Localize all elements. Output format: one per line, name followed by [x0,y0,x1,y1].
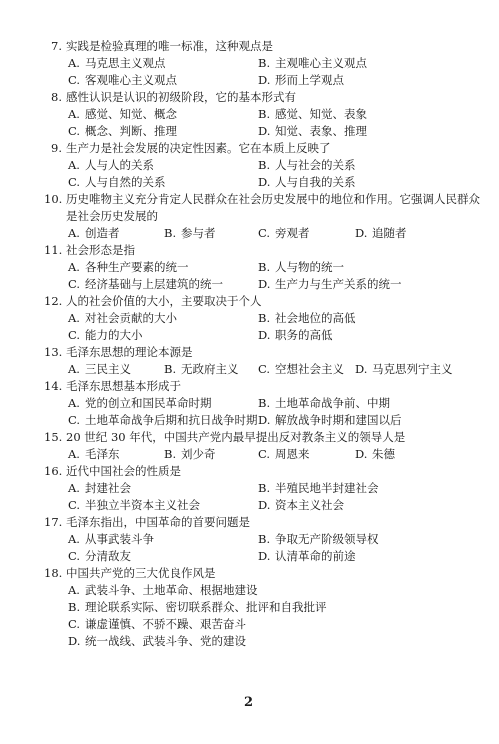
option-d[interactable]: D.生产力与生产关系的统一 [258,276,402,293]
option-letter: B. [258,310,275,327]
question-text: 实践是检验真理的唯一标准，这种观点是 [66,38,273,55]
option-d[interactable]: D.形而上学观点 [258,72,344,89]
option-d[interactable]: D.职务的高低 [258,327,333,344]
option-text: 形而上学观点 [275,73,344,87]
option-d[interactable]: D.资本主义社会 [258,497,344,514]
option-text: 半独立半资本主义社会 [85,498,200,512]
option-c[interactable]: C.概念、判断、推理 [68,123,177,140]
option-text: 人与物的统一 [275,260,344,274]
option-letter: D. [355,225,372,242]
option-letter: B. [164,225,181,242]
option-text: 人与自我的关系 [275,175,356,189]
question-text: 近代中国社会的性质是 [66,463,181,480]
option-letter: A. [68,395,85,412]
option-letter: D. [258,276,275,293]
option-text: 经济基础与上层建筑的统一 [85,277,223,291]
option-letter: D. [355,361,372,378]
option-text: 能力的大小 [85,328,143,342]
option-letter: C. [68,174,85,191]
option-letter: B. [258,106,275,123]
option-b[interactable]: B.无政府主义 [164,361,239,378]
option-text: 主观唯心主义观点 [275,56,367,70]
option-text: 认清革命的前途 [275,549,356,563]
option-letter: B. [164,361,181,378]
option-letter: C. [68,72,85,89]
option-letter: B. [258,395,275,412]
option-text: 生产力与生产关系的统一 [275,277,402,291]
option-d[interactable]: D.马克思列宁主义 [355,361,453,378]
option-letter: A. [68,582,85,599]
option-text: 空想社会主义 [275,362,344,376]
option-text: 刘少奇 [181,447,216,461]
option-text: 概念、判断、推理 [85,124,177,138]
option-letter: C. [68,327,85,344]
option-text: 党的创立和国民革命时期 [85,396,212,410]
option-text: 争取无产阶级领导权 [275,532,379,546]
question-text: 中国共产党的三大优良作风是 [66,565,216,582]
option-letter: C. [68,616,85,633]
option-letter: B. [258,531,275,548]
question-text: 是社会历史发展的 [66,208,158,225]
option-text: 马克思列宁主义 [372,362,453,376]
question-number: 10. [44,191,62,208]
question-text: 人的社会价值的大小，主要取决于个人 [66,293,262,310]
option-letter: A. [68,225,85,242]
option-c[interactable]: C.谦虚谨慎、不骄不躁、艰苦奋斗 [68,616,246,633]
option-letter: D. [355,446,372,463]
option-b[interactable]: B.感觉、知觉、表象 [258,106,367,123]
option-c[interactable]: C.旁观者 [258,225,310,242]
option-letter: B. [258,55,275,72]
question-text: 感性认识是认识的初级阶段，它的基本形式有 [66,89,296,106]
option-a[interactable]: A.马克思主义观点 [68,55,166,72]
option-c[interactable]: C.能力的大小 [68,327,143,344]
option-letter: A. [68,361,85,378]
option-text: 周恩来 [275,447,310,461]
option-c[interactable]: C.客观唯心主义观点 [68,72,177,89]
option-letter: D. [258,72,275,89]
option-b[interactable]: B.主观唯心主义观点 [258,55,367,72]
option-a[interactable]: A.创造者 [68,225,120,242]
option-letter: B. [258,480,275,497]
option-a[interactable]: A.党的创立和国民革命时期 [68,395,212,412]
question-text: 20 世纪 30 年代，中国共产党内最早提出反对教条主义的领导人是 [66,429,405,446]
option-letter: D. [258,327,275,344]
option-d[interactable]: D.认清革命的前途 [258,548,356,565]
option-letter: D. [258,548,275,565]
option-text: 三民主义 [85,362,131,376]
option-text: 谦虚谨慎、不骄不躁、艰苦奋斗 [85,617,246,631]
option-text: 感觉、知觉、表象 [275,107,367,121]
option-text: 人与自然的关系 [85,175,166,189]
option-text: 人与人的关系 [85,158,154,172]
option-text: 感觉、知觉、概念 [85,107,177,121]
option-text: 对社会贡献的大小 [85,311,177,325]
option-a[interactable]: A.三民主义 [68,361,131,378]
option-b[interactable]: B.理论联系实际、密切联系群众、批评和自我批评 [68,599,327,616]
option-d[interactable]: D.知觉、表象、推理 [258,123,367,140]
question-text: 社会形态是指 [66,242,135,259]
option-d[interactable]: D.解放战争时期和建国以后 [258,412,402,429]
option-letter: C. [258,446,275,463]
question-text: 毛泽东思想的理论本源是 [66,344,193,361]
option-text: 马克思主义观点 [85,56,166,70]
option-c[interactable]: C.分清敌友 [68,548,131,565]
option-text: 知觉、表象、推理 [275,124,367,138]
option-text: 人与社会的关系 [275,158,356,172]
option-text: 半殖民地半封建社会 [275,481,379,495]
option-text: 各种生产要素的统一 [85,260,189,274]
option-a[interactable]: A.武装斗争、土地革命、根据地建设 [68,582,258,599]
option-letter: B. [258,259,275,276]
question-number: 7. [44,38,62,55]
option-letter: A. [68,310,85,327]
option-a[interactable]: A.各种生产要素的统一 [68,259,189,276]
option-b[interactable]: B.人与社会的关系 [258,157,356,174]
option-b[interactable]: B.参与者 [164,225,216,242]
option-c[interactable]: C.周恩来 [258,446,310,463]
option-text: 分清敌友 [85,549,131,563]
option-a[interactable]: A.人与人的关系 [68,157,154,174]
question-number: 12. [44,293,62,310]
option-text: 参与者 [181,226,216,240]
option-text: 朱德 [372,447,395,461]
option-text: 统一战线、武装斗争、党的建设 [85,634,246,648]
question-number: 9. [44,140,62,157]
option-a[interactable]: A.封建社会 [68,480,131,497]
question-number: 16. [44,463,62,480]
option-text: 武装斗争、土地革命、根据地建设 [85,583,258,597]
option-b[interactable]: B.争取无产阶级领导权 [258,531,379,548]
option-letter: C. [68,497,85,514]
option-a[interactable]: A.感觉、知觉、概念 [68,106,177,123]
option-letter: C. [68,548,85,565]
option-a[interactable]: A.对社会贡献的大小 [68,310,177,327]
question-text: 毛泽东思想基本形成于 [66,378,181,395]
option-text: 资本主义社会 [275,498,344,512]
option-letter: C. [258,225,275,242]
option-text: 从事武装斗争 [85,532,154,546]
option-c[interactable]: C.半独立半资本主义社会 [68,497,200,514]
option-c[interactable]: C.经济基础与上层建筑的统一 [68,276,223,293]
question-text: 毛泽东指出，中国革命的首要问题是 [66,514,250,531]
option-d[interactable]: D.统一战线、武装斗争、党的建设 [68,633,246,650]
option-text: 解放战争时期和建国以后 [275,413,402,427]
option-letter: B. [258,157,275,174]
option-b[interactable]: B.土地革命战争前、中期 [258,395,390,412]
question-number: 13. [44,344,62,361]
option-letter: C. [68,123,85,140]
option-text: 职务的高低 [275,328,333,342]
option-c[interactable]: C.人与自然的关系 [68,174,166,191]
option-letter: A. [68,55,85,72]
question-number: 18. [44,565,62,582]
option-text: 无政府主义 [181,362,239,376]
option-text: 理论联系实际、密切联系群众、批评和自我批评 [85,600,327,614]
question-text: 历史唯物主义充分肯定人民群众在社会历史发展中的地位和作用。它强调人民群众 [66,191,480,208]
option-text: 土地革命战争前、中期 [275,396,390,410]
option-text: 客观唯心主义观点 [85,73,177,87]
option-letter: D. [258,497,275,514]
option-a[interactable]: A.毛泽东 [68,446,120,463]
option-letter: D. [258,123,275,140]
option-c[interactable]: C.空想社会主义 [258,361,344,378]
question-number: 17. [44,514,62,531]
option-letter: D. [68,633,85,650]
option-letter: D. [258,174,275,191]
option-letter: A. [68,480,85,497]
option-b[interactable]: B.社会地位的高低 [258,310,356,327]
option-text: 追随者 [372,226,407,240]
option-letter: C. [68,412,85,429]
option-a[interactable]: A.从事武装斗争 [68,531,154,548]
question-number: 11. [44,242,62,259]
option-b[interactable]: B.半殖民地半封建社会 [258,480,379,497]
option-d[interactable]: D.人与自我的关系 [258,174,356,191]
option-letter: A. [68,446,85,463]
page-number: 2 [244,695,253,710]
option-text: 土地革命战争后期和抗日战争时期 [85,413,258,427]
option-c[interactable]: C.土地革命战争后期和抗日战争时期 [68,412,258,429]
option-d[interactable]: D.朱德 [355,446,395,463]
option-text: 社会地位的高低 [275,311,356,325]
question-number: 15. [44,429,62,446]
option-letter: A. [68,157,85,174]
option-letter: D. [258,412,275,429]
option-letter: A. [68,259,85,276]
option-letter: A. [68,106,85,123]
option-b[interactable]: B.刘少奇 [164,446,216,463]
option-letter: C. [258,361,275,378]
question-text: 生产力是社会发展的决定性因素。它在本质上反映了 [66,140,331,157]
option-text: 旁观者 [275,226,310,240]
question-number: 14. [44,378,62,395]
question-number: 8. [44,89,62,106]
option-letter: A. [68,531,85,548]
option-letter: B. [164,446,181,463]
option-letter: B. [68,599,85,616]
option-letter: C. [68,276,85,293]
option-d[interactable]: D.追随者 [355,225,407,242]
option-text: 封建社会 [85,481,131,495]
option-text: 毛泽东 [85,447,120,461]
option-text: 创造者 [85,226,120,240]
option-b[interactable]: B.人与物的统一 [258,259,344,276]
